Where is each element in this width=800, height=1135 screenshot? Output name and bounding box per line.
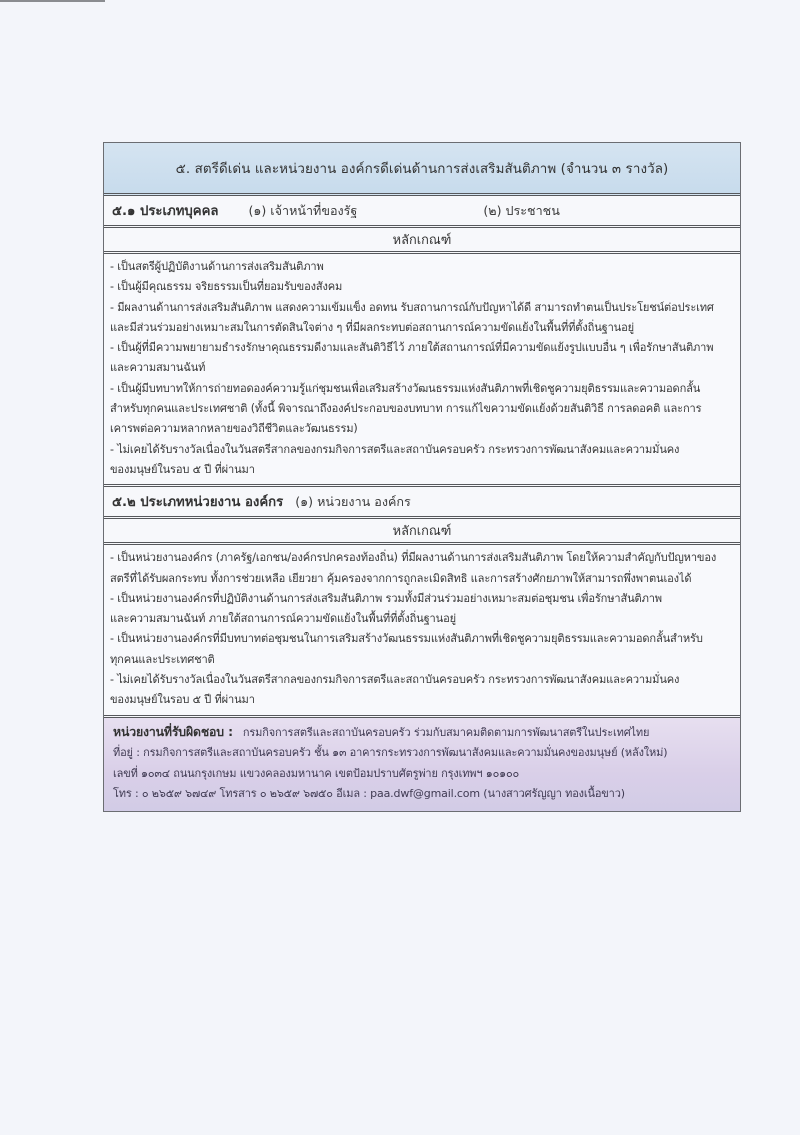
contact-line: โทร : ๐ ๒๖๕๙ ๖๗๔๙ โทรสาร ๐ ๒๖๕๙ ๖๗๕๐ อีเ… bbox=[113, 784, 732, 805]
criteria-list-organization: - เป็นหน่วยงานองค์กร (ภาครัฐ/เอกชน/องค์ก… bbox=[104, 545, 740, 717]
criteria-line: สำหรับทุกคนและประเทศชาติ (ทั้งนี้ พิจารณ… bbox=[110, 399, 734, 419]
scan-artifact bbox=[0, 0, 105, 2]
criteria-header-label: หลักเกณฑ์ bbox=[393, 520, 452, 541]
option-citizen: (๒) ประชาชน bbox=[483, 201, 559, 221]
address-line: เลขที่ ๑๐๓๔ ถนนกรุงเกษม แขวงคลองมหานาค เ… bbox=[113, 764, 732, 785]
section-organization-row: ๕.๒ ประเภทหน่วยงาน องค์กร (๑) หน่วยงาน อ… bbox=[104, 487, 740, 519]
criteria-line: - เป็นหน่วยงานองค์กร (ภาครัฐ/เอกชน/องค์ก… bbox=[110, 548, 734, 568]
criteria-header: หลักเกณฑ์ bbox=[104, 519, 740, 545]
criteria-header: หลักเกณฑ์ bbox=[104, 228, 740, 254]
criteria-line: และความสมานฉันท์ bbox=[110, 358, 734, 378]
section-label: ๕.๑ ประเภทบุคคล bbox=[112, 200, 218, 221]
title-row: ๕. สตรีดีเด่น และหน่วยงาน องค์กรดีเด่นด้… bbox=[104, 143, 740, 196]
criteria-line: สตรีที่ได้รับผลกระทบ ทั้งการช่วยเหลือ เย… bbox=[110, 569, 734, 589]
criteria-line: เคารพต่อความหลากหลายของวิถีชีวิตและวัฒนธ… bbox=[110, 419, 734, 439]
award-criteria-table: ๕. สตรีดีเด่น และหน่วยงาน องค์กรดีเด่นด้… bbox=[103, 142, 741, 812]
responsible-agency-footer: หน่วยงานที่รับผิดชอบ :กรมกิจการสตรีและสถ… bbox=[104, 718, 740, 811]
criteria-line: - เป็นผู้ที่มีความพยายามธำรงรักษาคุณธรรม… bbox=[110, 338, 734, 358]
criteria-line: - เป็นสตรีผู้ปฏิบัติงานด้านการส่งเสริมสั… bbox=[110, 257, 734, 277]
criteria-line: - เป็นหน่วยงานองค์กรที่มีบทบาทต่อชุมชนใน… bbox=[110, 629, 734, 649]
section-individual-row: ๕.๑ ประเภทบุคคล (๑) เจ้าหน้าที่ของรัฐ (๒… bbox=[104, 196, 740, 228]
responsible-agency-label: หน่วยงานที่รับผิดชอบ : bbox=[113, 725, 233, 739]
responsible-agency-line: หน่วยงานที่รับผิดชอบ :กรมกิจการสตรีและสถ… bbox=[113, 722, 732, 744]
section-label: ๕.๒ ประเภทหน่วยงาน องค์กร bbox=[112, 491, 283, 512]
criteria-line: - ไม่เคยได้รับรางวัลเนื่องในวันสตรีสากลข… bbox=[110, 440, 734, 460]
criteria-line: ทุกคนและประเทศชาติ bbox=[110, 650, 734, 670]
criteria-line: - มีผลงานด้านการส่งเสริมสันติภาพ แสดงควา… bbox=[110, 298, 734, 318]
criteria-line: - ไม่เคยได้รับรางวัลเนื่องในวันสตรีสากลข… bbox=[110, 670, 734, 690]
criteria-line: และความสมานฉันท์ ภายใต้สถานการณ์ความขัดแ… bbox=[110, 609, 734, 629]
option-organization: (๑) หน่วยงาน องค์กร bbox=[295, 492, 411, 512]
criteria-line: - เป็นผู้มีคุณธรรม จริยธรรมเป็นที่ยอมรับ… bbox=[110, 277, 734, 297]
criteria-header-label: หลักเกณฑ์ bbox=[393, 229, 452, 250]
criteria-line: ของมนุษย์ในรอบ ๕ ปี ที่ผ่านมา bbox=[110, 460, 734, 480]
document-title: ๕. สตรีดีเด่น และหน่วยงาน องค์กรดีเด่นด้… bbox=[176, 158, 669, 179]
criteria-line: - เป็นผู้มีบทบาทให้การถ่ายทอดองค์ความรู้… bbox=[110, 379, 734, 399]
option-government-officer: (๑) เจ้าหน้าที่ของรัฐ bbox=[248, 201, 357, 221]
responsible-agency-text: กรมกิจการสตรีและสถาบันครอบครัว ร่วมกับสม… bbox=[243, 726, 649, 739]
criteria-line: - เป็นหน่วยงานองค์กรที่ปฏิบัติงานด้านการ… bbox=[110, 589, 734, 609]
address-line: ที่อยู่ : กรมกิจการสตรีและสถาบันครอบครัว… bbox=[113, 743, 732, 764]
criteria-line: และมีส่วนร่วมอย่างเหมาะสมในการตัดสินใจต่… bbox=[110, 318, 734, 338]
criteria-line: ของมนุษย์ในรอบ ๕ ปี ที่ผ่านมา bbox=[110, 690, 734, 710]
criteria-list-individual: - เป็นสตรีผู้ปฏิบัติงานด้านการส่งเสริมสั… bbox=[104, 254, 740, 487]
